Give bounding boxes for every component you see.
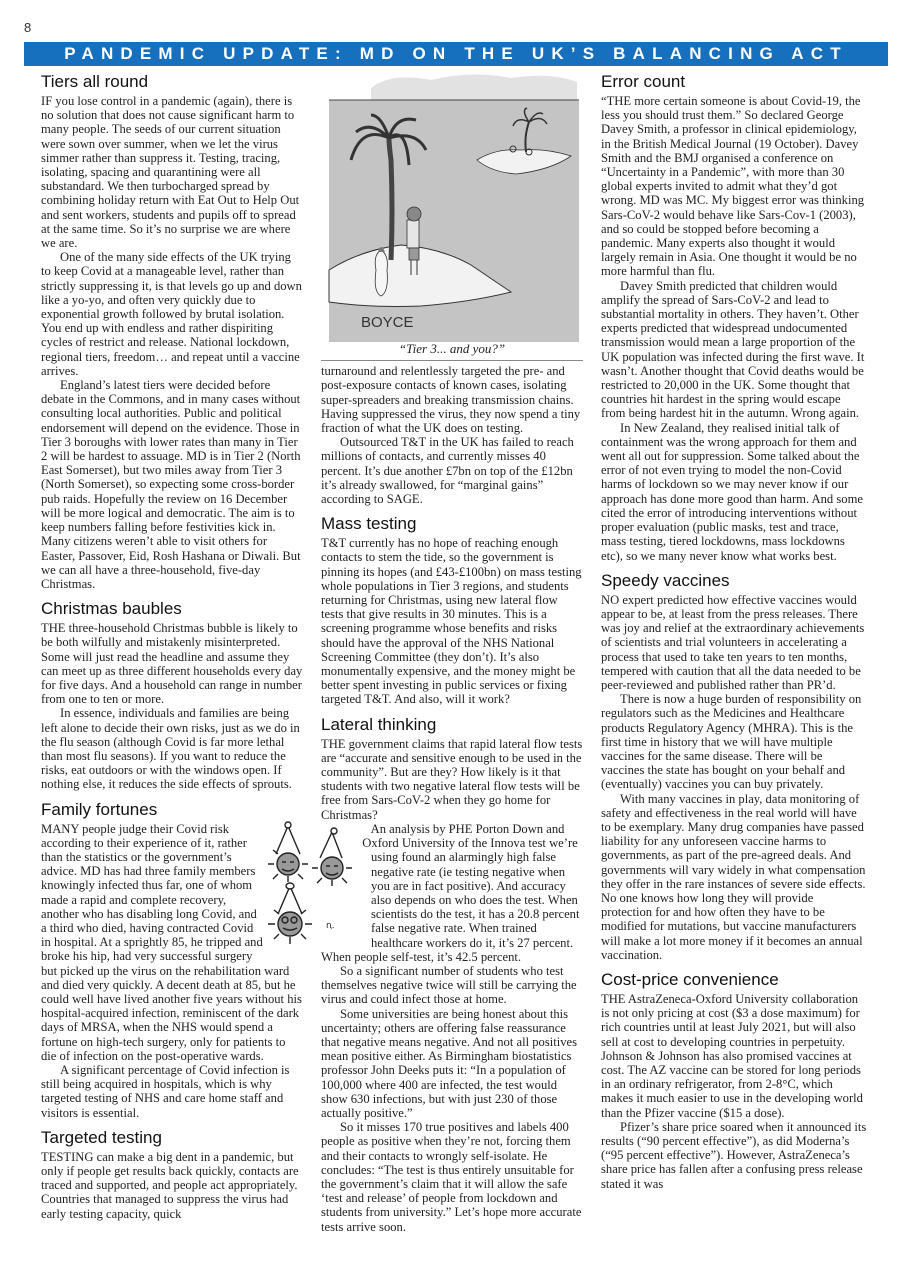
desert-island-cartoon-icon: BOYCE [321, 70, 583, 342]
paragraph: With many vaccines in play, data monitor… [601, 792, 867, 962]
section-heading: Speedy vaccines [601, 571, 867, 591]
paragraph: NO expert predicted how effective vaccin… [601, 593, 867, 692]
paragraph: In essence, individuals and families are… [41, 706, 303, 791]
divider [321, 360, 583, 361]
paragraph: Pfizer’s share price soared when it anno… [601, 1120, 867, 1191]
paragraph: So a significant number of students who … [321, 964, 583, 1007]
section-heading: Mass testing [321, 514, 583, 534]
section-christmas-baubles: Christmas baubles THE three-household Ch… [41, 599, 303, 791]
section-continued: turnaround and relentlessly targeted the… [321, 364, 583, 506]
page-number: 8 [24, 20, 31, 35]
section-heading: Targeted testing [41, 1128, 303, 1148]
section-mass-testing: Mass testing T&T currently has no hope o… [321, 514, 583, 706]
cartoon-illustration: BOYCE [321, 70, 583, 340]
section-heading: Christmas baubles [41, 599, 303, 619]
section-heading: Family fortunes [41, 800, 303, 820]
paragraph: Some universities are being honest about… [321, 1007, 583, 1121]
section-heading: Error count [601, 72, 867, 92]
paragraph: So it misses 170 true positives and labe… [321, 1120, 583, 1234]
paragraph: A significant percentage of Covid infect… [41, 1063, 303, 1120]
paragraph: England’s latest tiers were decided befo… [41, 378, 303, 591]
paragraph: One of the many side effects of the UK t… [41, 250, 303, 378]
column-3: Error count “THE more certain someone is… [601, 70, 867, 1199]
section-cost-price-convenience: Cost-price convenience THE AstraZeneca-O… [601, 970, 867, 1191]
section-lateral-thinking: Lateral thinking THE government claims t… [321, 715, 583, 1234]
paragraph: Outsourced T&T in the UK has failed to r… [321, 435, 583, 506]
paragraph: There is now a huge burden of responsibi… [601, 692, 867, 791]
paragraph: THE AstraZeneca-Oxford University collab… [601, 992, 867, 1120]
paragraph: “THE more certain someone is about Covid… [601, 94, 867, 279]
paragraph: TESTING can make a big dent in a pandemi… [41, 1150, 303, 1221]
section-tiers-all-round: Tiers all round IF you lose control in a… [41, 72, 303, 591]
section-heading: Lateral thinking [321, 715, 583, 735]
column-1: Tiers all round IF you lose control in a… [41, 70, 303, 1229]
virus-with-santa-hat-icon: ꞑ. [262, 818, 372, 948]
section-heading: Cost-price convenience [601, 970, 867, 990]
svg-text:ꞑ.: ꞑ. [326, 920, 334, 930]
paragraph: In New Zealand, they realised initial ta… [601, 421, 867, 563]
section-banner: PANDEMIC UPDATE: MD ON THE UK’S BALANCIN… [24, 42, 888, 66]
christmas-virus-illustration: ꞑ. [262, 818, 372, 948]
paragraph: IF you lose control in a pandemic (again… [41, 94, 303, 250]
cartoon-caption: “Tier 3... and you?” [321, 342, 583, 356]
section-heading: Tiers all round [41, 72, 303, 92]
section-speedy-vaccines: Speedy vaccines NO expert predicted how … [601, 571, 867, 962]
section-targeted-testing: Targeted testing TESTING can make a big … [41, 1128, 303, 1221]
cartoon-signature: BOYCE [361, 314, 414, 331]
paragraph: Davey Smith predicted that children woul… [601, 279, 867, 421]
paragraph: turnaround and relentlessly targeted the… [321, 364, 583, 435]
paragraph: THE government claims that rapid lateral… [321, 737, 583, 822]
paragraph: THE three-household Christmas bubble is … [41, 621, 303, 706]
column-2: BOYCE “Tier 3... and you?” turnaround an… [321, 70, 583, 1242]
section-error-count: Error count “THE more certain someone is… [601, 72, 867, 563]
paragraph: T&T currently has no hope of reaching en… [321, 536, 583, 706]
